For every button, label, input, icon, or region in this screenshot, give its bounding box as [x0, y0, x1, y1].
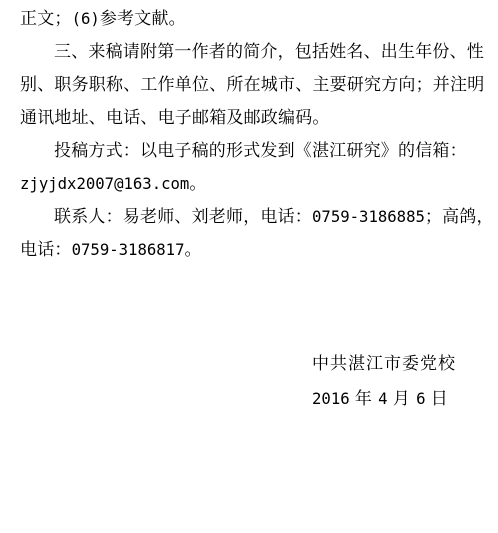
email-address: zjyjdx2007@163.com — [20, 174, 189, 193]
phone-number-2: 0759-3186817 — [72, 240, 185, 259]
body-line-contacts-2: 电话：0759-3186817。 — [20, 233, 480, 266]
signature-block: 中共湛江市委党校 2016 年 4 月 6 日 — [312, 346, 480, 416]
phone-number-1: 0759-3186885 — [312, 207, 425, 226]
body-line-references: 正文；(6)参考文献。 — [20, 2, 480, 35]
date-year: 2016 — [312, 389, 350, 408]
period: 。 — [185, 240, 202, 259]
body-line-author-intro-2: 别、职务职称、工作单位、所在城市、主要研究方向；并注明 — [20, 68, 480, 101]
signature-organization: 中共湛江市委党校 — [312, 346, 480, 381]
signature-date: 2016 年 4 月 6 日 — [312, 381, 480, 416]
body-line-submission-method: 投稿方式：以电子稿的形式发到《湛江研究》的信箱： — [20, 134, 480, 167]
body-text: 参考文献。 — [100, 9, 186, 28]
body-text: 电话： — [20, 240, 72, 259]
body-text: ；高鸽， — [425, 207, 494, 226]
body-line-email: zjyjdx2007@163.com。 — [20, 167, 480, 200]
body-text: 正文； — [20, 9, 72, 28]
period: 。 — [189, 174, 206, 193]
body-line-contacts-1: 联系人：易老师、刘老师，电话：0759-3186885；高鸽， — [20, 200, 480, 233]
date-year-label: 年 — [350, 389, 379, 408]
document-page: 正文；(6)参考文献。 三、来稿请附第一作者的简介，包括姓名、出生年份、性 别、… — [0, 0, 498, 533]
date-month: 4 — [378, 389, 387, 408]
list-item-number: (6) — [72, 9, 100, 28]
body-line-author-intro-1: 三、来稿请附第一作者的简介，包括姓名、出生年份、性 — [20, 35, 480, 68]
body-text: 联系人：易老师、刘老师，电话： — [54, 207, 312, 226]
body-line-author-intro-3: 通讯地址、电话、电子邮箱及邮政编码。 — [20, 101, 480, 134]
date-month-label: 月 — [388, 389, 417, 408]
date-day-label: 日 — [425, 389, 448, 408]
